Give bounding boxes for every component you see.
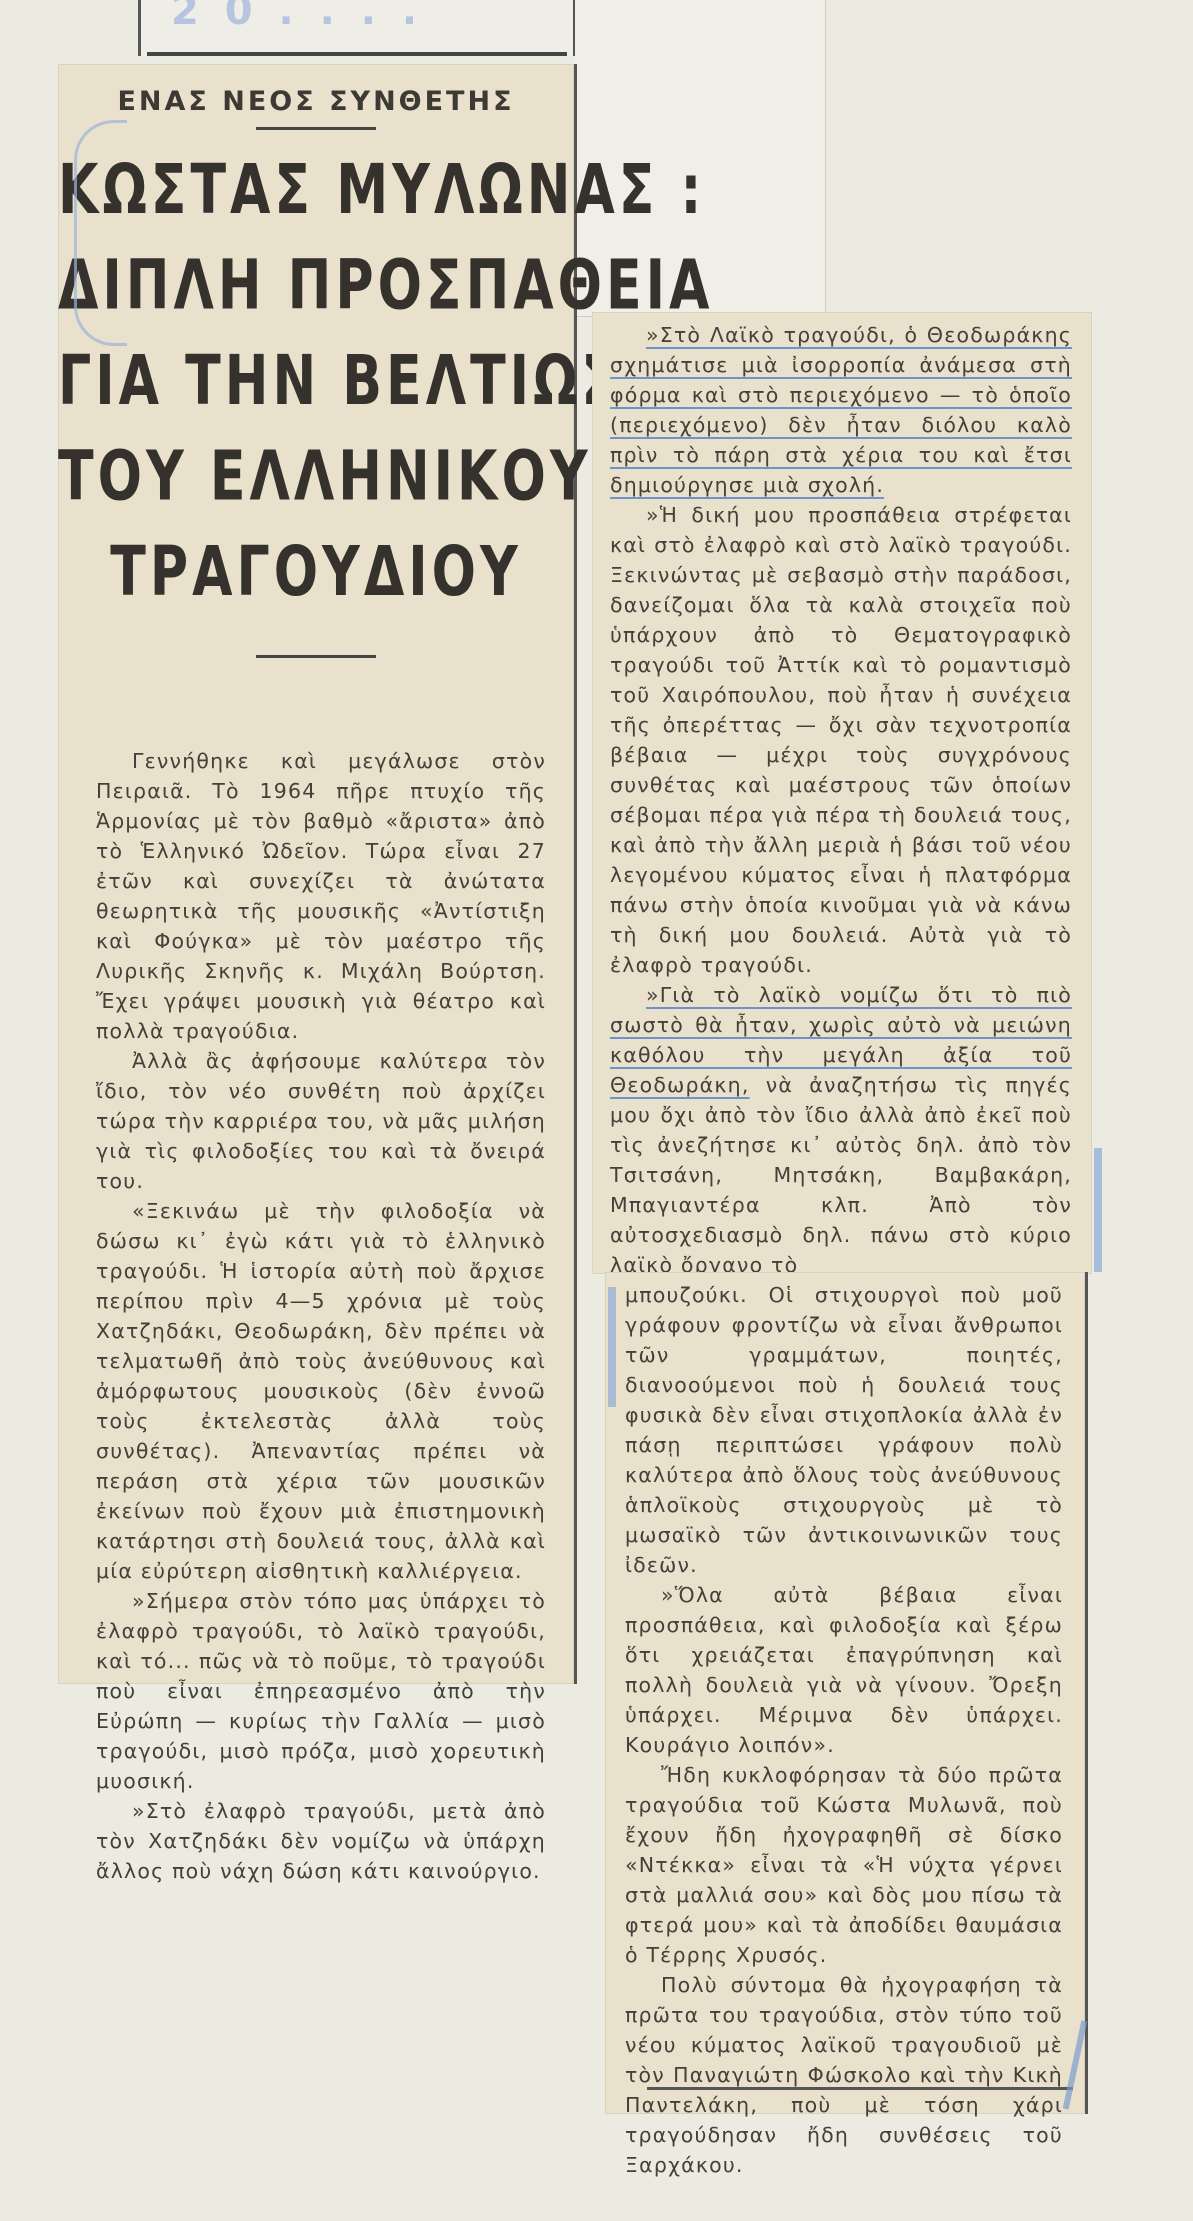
article-body-left: Γεννήθηκε καὶ μεγάλωσε στὸν Πειραιᾶ. Τὸ … — [96, 746, 546, 1886]
paragraph-underlined: »Στὸ Λαϊκὸ τραγούδι, ὁ Θεοδωράκης σχημάτ… — [610, 320, 1072, 500]
clipping-right-bottom: μπουζούκι. Οἱ στιχουργοὶ ποὺ μοῦ γράφουν… — [605, 1272, 1088, 2114]
paragraph: »Ἡ δική μου προσπάθεια στρέφεται καὶ στὸ… — [610, 500, 1072, 980]
passage: νὰ ἀναζητήσω τὶς πηγές μου ὄχι ἀπὸ τὸν ἴ… — [610, 1073, 1072, 1277]
archive-header-strip: 2 0 . . . . — [138, 0, 576, 56]
clipping-right-top: »Στὸ Λαϊκὸ τραγούδι, ὁ Θεοδωράκης σχημάτ… — [592, 312, 1092, 1274]
article-body-right-bottom: μπουζούκι. Οἱ στιχουργοὶ ποὺ μοῦ γράφουν… — [625, 1280, 1063, 2180]
paragraph: Γεννήθηκε καὶ μεγάλωσε στὸν Πειραιᾶ. Τὸ … — [96, 746, 546, 1046]
paragraph: »Ὅλα αὐτὰ βέβαια εἶναι προσπάθεια, καὶ φ… — [625, 1580, 1063, 1760]
divider — [147, 52, 567, 56]
article-body-right-top: »Στὸ Λαϊκὸ τραγούδι, ὁ Θεοδωράκης σχημάτ… — [610, 320, 1072, 1280]
paragraph: »Γιὰ τὸ λαϊκὸ νομίζω ὅτι τὸ πιὸ σωστὸ θὰ… — [610, 980, 1072, 1280]
headline-line: ΤΟΥ ΕΛΛΗΝΙΚΟΥ — [58, 429, 574, 525]
paragraph: »Στὸ ἐλαφρὸ τραγούδι, μετὰ ἀπὸ τὸν Χατζη… — [96, 1796, 546, 1886]
paragraph: Ἤδη κυκλοφόρησαν τὰ δύο πρῶτα τραγούδια … — [625, 1760, 1063, 1970]
clipping-left-column: ΕΝΑΣ ΝΕΟΣ ΣΥΝΘΕΤΗΣ ΚΩΣΤΑΣ ΜΥΛΩΝΑΣ : ΔΙΠΛ… — [58, 64, 577, 1684]
paragraph: Ἀλλὰ ἂς ἀφήσουμε καλύτερα τὸν ἴδιο, τὸν … — [96, 1046, 546, 1196]
paragraph: «Ξεκινάω μὲ τὴν φιλοδοξία νὰ δώσω κι᾽ ἐγ… — [96, 1196, 546, 1586]
pen-bracket-mark — [74, 120, 127, 346]
headline-line: ΚΩΣΤΑΣ ΜΥΛΩΝΑΣ : — [58, 142, 574, 238]
paragraph: Πολὺ σύντομα θὰ ἠχογραφήση τὰ πρῶτα του … — [625, 1970, 1063, 2180]
paragraph: μπουζούκι. Οἱ στιχουργοὶ ποὺ μοῦ γράφουν… — [625, 1280, 1063, 1580]
headline-line: ΤΡΑΓΟΥΔΙΟΥ — [58, 524, 574, 620]
pen-margin-mark — [1094, 1148, 1102, 1272]
article-headline: ΚΩΣΤΑΣ ΜΥΛΩΝΑΣ : ΔΙΠΛΗ ΠΡΟΣΠΑΘΕΙΑ ΓΙΑ ΤΗ… — [58, 142, 574, 620]
divider — [256, 127, 376, 130]
paragraph: »Σήμερα στὸν τόπο μας ὑπάρχει τὸ ἐλαφρὸ … — [96, 1586, 546, 1796]
date-stamp: 2 0 . . . . — [171, 0, 423, 34]
article-kicker: ΕΝΑΣ ΝΕΟΣ ΣΥΝΘΕΤΗΣ — [58, 86, 574, 117]
headline-line: ΔΙΠΛΗ ΠΡΟΣΠΑΘΕΙΑ — [58, 238, 574, 334]
divider — [256, 655, 376, 658]
pen-margin-mark — [608, 1287, 616, 1407]
end-rule — [647, 2087, 1073, 2090]
headline-line: ΓΙΑ ΤΗΝ ΒΕΛΤΙΩΣΙ — [58, 333, 574, 429]
